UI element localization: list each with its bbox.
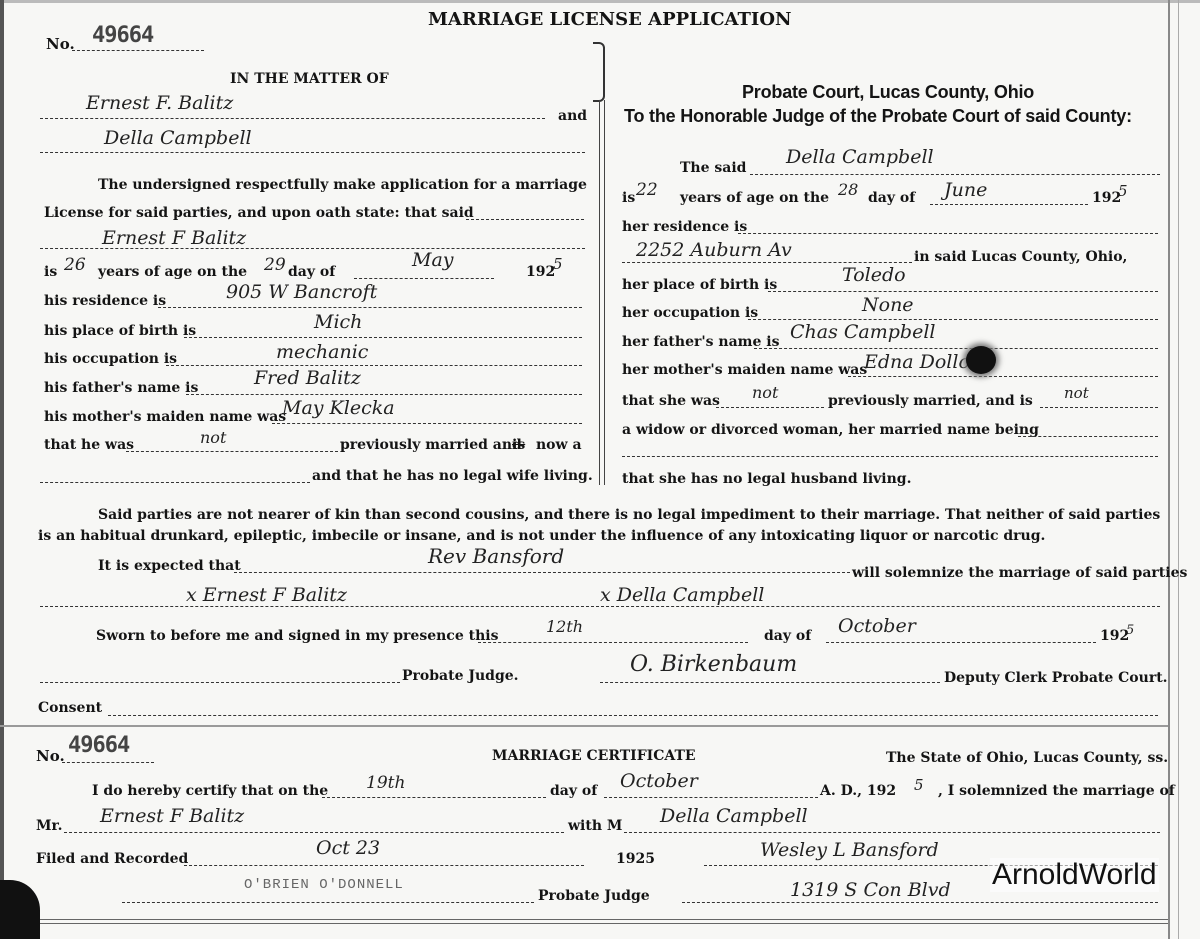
groom-prev-married-label: that he was bbox=[44, 437, 134, 453]
groom-day-of: day of bbox=[288, 264, 335, 280]
groom-age: 26 bbox=[64, 255, 86, 275]
groom-name-2-line bbox=[40, 248, 585, 249]
sworn-day: 12th bbox=[546, 617, 583, 637]
probate-judge-line bbox=[40, 682, 400, 683]
bride-year-prefix: 192 bbox=[1092, 190, 1121, 206]
bride-age-day: 28 bbox=[838, 180, 858, 200]
groom-prev-married: not bbox=[200, 428, 226, 448]
bride-residence-suffix: in said Lucas County, Ohio, bbox=[914, 249, 1127, 265]
married-name-line bbox=[1018, 436, 1158, 437]
sworn-day-line bbox=[478, 642, 748, 643]
right-border-inner bbox=[1178, 0, 1179, 939]
bride-birthplace: Toledo bbox=[842, 265, 906, 285]
bride-age-mid: years of age on the bbox=[680, 190, 829, 206]
bride-age: 22 bbox=[636, 180, 658, 200]
in-matter-of-heading: IN THE MATTER OF bbox=[230, 71, 389, 87]
sworn-year-prefix: 192 bbox=[1100, 628, 1129, 644]
bride-residence-label: her residence is bbox=[622, 219, 747, 235]
sworn-label: Sworn to before me and signed in my pres… bbox=[96, 628, 498, 644]
groom-birth-label: his place of birth is bbox=[44, 323, 196, 339]
groom-age-mid: years of age on the bbox=[98, 264, 247, 280]
certify-label: I do hereby certify that on the bbox=[92, 783, 328, 799]
bride-widow-line bbox=[1040, 407, 1158, 408]
groom-father: Fred Balitz bbox=[254, 368, 361, 388]
intro-line-1: The undersigned respectfully make applic… bbox=[98, 177, 587, 193]
bride-said-line bbox=[750, 174, 1160, 175]
with-m-label: with M bbox=[568, 818, 622, 834]
sworn-month-line bbox=[826, 642, 1096, 643]
and-label: and bbox=[558, 108, 587, 124]
groom-age-prefix: is bbox=[44, 264, 57, 280]
cert-probate-judge-label: Probate Judge bbox=[538, 888, 650, 904]
sworn-day-of: day of bbox=[764, 628, 811, 644]
bride-prev-label: that she was bbox=[622, 393, 720, 409]
intro-line-2: License for said parties, and upon oath … bbox=[44, 205, 474, 221]
column-divider bbox=[599, 100, 605, 485]
officiant-address-line bbox=[682, 902, 1158, 903]
license-number: 49664 bbox=[92, 23, 153, 48]
bride-mother-line bbox=[848, 376, 1158, 377]
certificate-number: 49664 bbox=[68, 733, 129, 758]
cert-groom-name: Ernest F Balitz bbox=[100, 806, 244, 826]
consent-label: Consent bbox=[38, 700, 102, 716]
to-judge-heading: To the Honorable Judge of the Probate Co… bbox=[624, 108, 1132, 124]
filed-recorded-label: Filed and Recorded bbox=[36, 851, 188, 867]
groom-occupation-line bbox=[166, 365, 582, 366]
filed-date: Oct 23 bbox=[316, 838, 380, 858]
certify-year-suffix: 5 bbox=[914, 775, 924, 795]
left-border bbox=[0, 0, 4, 939]
groom-year-suffix: 5 bbox=[553, 254, 563, 274]
groom-residence: 905 W Bancroft bbox=[226, 282, 377, 302]
probate-judge-label: Probate Judge. bbox=[402, 668, 519, 684]
certify-day: 19th bbox=[366, 773, 405, 793]
bride-father: Chas Campbell bbox=[790, 322, 936, 342]
probate-judge-sig-line bbox=[122, 902, 534, 903]
the-said-label: The said bbox=[680, 160, 746, 176]
mr-label: Mr. bbox=[36, 818, 62, 834]
bride-mother: Edna Dollon bbox=[864, 352, 982, 372]
signature-line bbox=[40, 606, 1160, 607]
bride-birth-line bbox=[768, 291, 1158, 292]
expected-label: It is expected that bbox=[98, 558, 241, 574]
groom-mother-line bbox=[272, 423, 582, 424]
deputy-clerk-label: Deputy Clerk Probate Court. bbox=[944, 670, 1168, 686]
groom-name-line bbox=[40, 118, 545, 119]
groom-birthplace: Mich bbox=[314, 312, 362, 332]
sworn-year-suffix: 5 bbox=[1126, 621, 1134, 641]
groom-residence-line bbox=[158, 307, 582, 308]
certify-day-line bbox=[322, 797, 546, 798]
bride-mother-label: her mother's maiden name was bbox=[622, 362, 867, 378]
bride-birth-month: June bbox=[944, 180, 987, 200]
groom-prev-married-line bbox=[126, 451, 338, 452]
bride-occupation: None bbox=[862, 295, 914, 315]
groom-year-prefix: 192 bbox=[526, 264, 555, 280]
kin-statement-line-2: is an habitual drunkard, epileptic, imbe… bbox=[38, 528, 1045, 544]
certificate-no-line bbox=[62, 762, 154, 763]
officiant-name: Rev Bansford bbox=[428, 546, 564, 566]
filed-year: 1925 bbox=[616, 851, 655, 867]
certify-day-of: day of bbox=[550, 783, 597, 799]
bride-prev-married: not bbox=[752, 383, 778, 403]
groom-father-label: his father's name is bbox=[44, 380, 198, 396]
married-name-line-2 bbox=[622, 456, 1158, 457]
certify-month: October bbox=[620, 771, 698, 791]
bride-widow: not bbox=[1064, 383, 1089, 403]
document-title: MARRIAGE LICENSE APPLICATION bbox=[428, 12, 791, 28]
bride-birth-label: her place of birth is bbox=[622, 277, 777, 293]
dark-corner-blot bbox=[0, 880, 40, 939]
bride-address-line bbox=[622, 262, 912, 263]
certify-month-line bbox=[604, 797, 818, 798]
bride-residence: 2252 Auburn Av bbox=[636, 240, 792, 260]
court-heading: Probate Court, Lucas County, Ohio bbox=[742, 84, 1034, 100]
license-no-line bbox=[72, 50, 204, 51]
kin-statement-line-1: Said parties are not nearer of kin than … bbox=[98, 507, 1160, 523]
solemnize-label: will solemnize the marriage of said part… bbox=[852, 565, 1187, 581]
officiant-line bbox=[234, 572, 850, 573]
state-county-label: The State of Ohio, Lucas County, ss. bbox=[886, 750, 1168, 766]
bride-signature: x Della Campbell bbox=[600, 585, 764, 605]
groom-residence-label: his residence is bbox=[44, 293, 166, 309]
groom-occupation-label: his occupation is bbox=[44, 351, 177, 367]
stamp-probate-judge-name: O'BRIEN O'DONNELL bbox=[244, 877, 404, 893]
cert-groom-line bbox=[64, 832, 564, 833]
cert-bride-name: Della Campbell bbox=[660, 806, 808, 826]
bride-residence-line bbox=[738, 233, 1158, 234]
groom-birth-line bbox=[184, 337, 582, 338]
bride-name: Della Campbell bbox=[104, 128, 252, 148]
groom-age-day: 29 bbox=[264, 255, 286, 275]
bracket-divider bbox=[593, 42, 605, 102]
bride-father-line bbox=[754, 348, 1158, 349]
section-separator bbox=[0, 725, 1168, 727]
widow-line-label: a widow or divorced woman, her married n… bbox=[622, 422, 1039, 438]
groom-occupation: mechanic bbox=[276, 342, 368, 362]
officiant-address: 1319 S Con Blvd bbox=[790, 880, 951, 900]
certificate-no-label: No. bbox=[36, 748, 65, 764]
bride-age-prefix: is bbox=[622, 190, 635, 206]
deputy-clerk-line bbox=[600, 682, 940, 683]
bride-said-name: Della Campbell bbox=[786, 147, 934, 167]
now-a-label: now a bbox=[536, 437, 582, 453]
consent-line bbox=[108, 715, 1158, 716]
groom-mother-label: his mother's maiden name was bbox=[44, 409, 286, 425]
groom-father-line bbox=[186, 394, 582, 395]
cert-bride-line bbox=[624, 832, 1160, 833]
groom-name: Ernest F. Balitz bbox=[86, 93, 233, 113]
groom-mother: May Klecka bbox=[282, 398, 395, 418]
solemnized-label: , I solemnized the marriage of bbox=[938, 783, 1175, 799]
deputy-clerk-signature: O. Birkenbaum bbox=[630, 655, 797, 675]
bride-prev-mid: previously married, and is bbox=[828, 393, 1033, 409]
groom-birth-month: May bbox=[412, 250, 454, 270]
certificate-title: MARRIAGE CERTIFICATE bbox=[492, 748, 696, 764]
struck-text: is bbox=[512, 437, 525, 453]
ad-label: A. D., 192 bbox=[820, 783, 896, 799]
sworn-month: October bbox=[838, 616, 916, 636]
groom-signature: x Ernest F Balitz bbox=[186, 585, 347, 605]
bride-year-suffix: 5 bbox=[1118, 181, 1128, 201]
officiant-signature: Wesley L Bansford bbox=[760, 840, 939, 860]
bride-day-of: day of bbox=[868, 190, 915, 206]
bride-occupation-label: her occupation is bbox=[622, 305, 758, 321]
bottom-border bbox=[0, 919, 1168, 924]
watermark-logo: ArnoldWorld bbox=[990, 858, 1159, 892]
bride-prev-line bbox=[716, 407, 824, 408]
no-legal-wife: and that he has no legal wife living. bbox=[312, 468, 593, 484]
groom-prev-married-suffix: previously married and bbox=[340, 437, 522, 453]
groom-status-line bbox=[40, 482, 310, 483]
top-border bbox=[0, 0, 1200, 3]
filed-date-line bbox=[184, 865, 584, 866]
marriage-license-document: MARRIAGE LICENSE APPLICATION No. 49664 I… bbox=[0, 0, 1200, 939]
no-legal-husband: that she has no legal husband living. bbox=[622, 471, 911, 487]
intro-line-blank bbox=[466, 219, 584, 220]
bride-name-line bbox=[40, 152, 585, 153]
groom-month-line bbox=[354, 278, 494, 279]
bride-month-line bbox=[930, 204, 1088, 205]
license-no-label: No. bbox=[46, 36, 75, 52]
groom-name-2: Ernest F Balitz bbox=[102, 228, 246, 248]
ink-blot bbox=[966, 346, 996, 374]
bride-occupation-line bbox=[748, 319, 1158, 320]
